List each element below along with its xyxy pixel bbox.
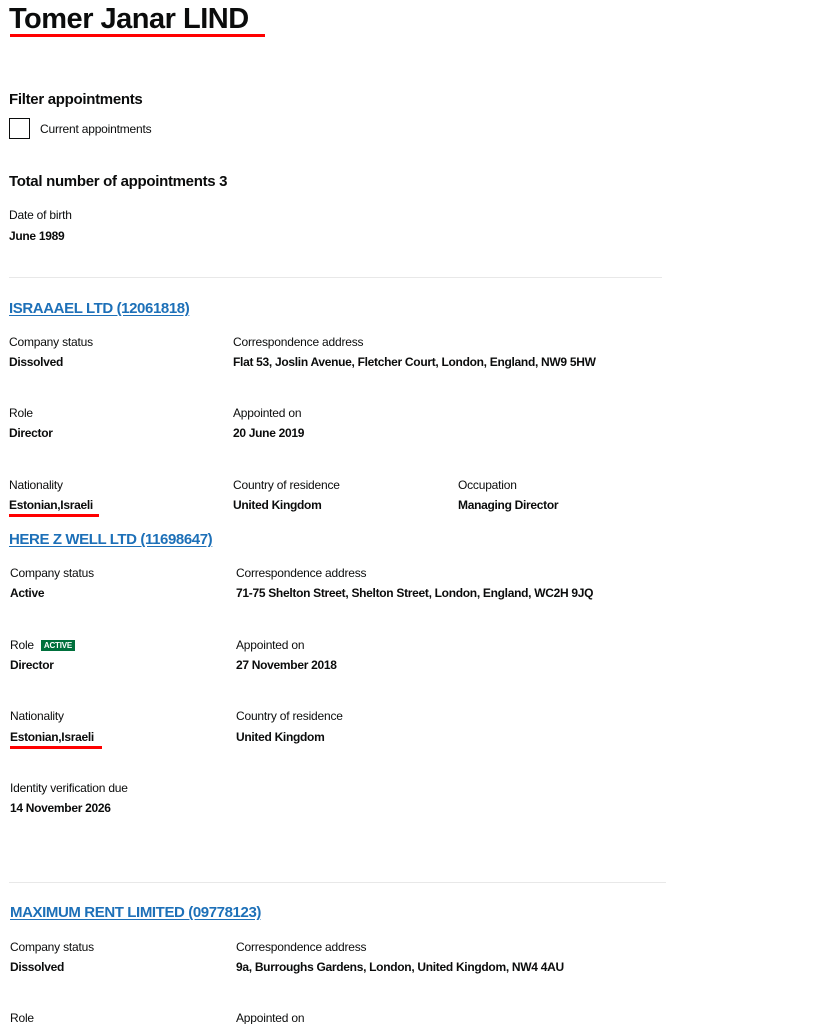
role-value: Director — [10, 658, 54, 672]
appointed-on-label: Appointed on — [236, 1011, 304, 1024]
dob-label: Date of birth — [9, 208, 72, 222]
role-label: Role — [9, 406, 33, 420]
nationality-value: Estonian,Israeli — [9, 498, 93, 512]
officer-name-title: Tomer Janar LIND — [9, 2, 249, 36]
country-of-residence-label: Country of residence — [233, 478, 340, 492]
total-appointments-heading: Total number of appointments 3 — [9, 173, 227, 190]
nationality-annotation-underline — [9, 514, 99, 517]
identity-verification-due-label: Identity verification due — [10, 781, 128, 795]
appointed-on-value: 27 November 2018 — [236, 658, 337, 672]
occupation-label: Occupation — [458, 478, 517, 492]
nationality-annotation-underline — [10, 746, 102, 749]
role-value: Director — [9, 426, 53, 440]
appointed-on-label: Appointed on — [233, 406, 301, 420]
country-of-residence-value: United Kingdom — [236, 730, 324, 744]
identity-verification-due-value: 14 November 2026 — [10, 801, 111, 815]
correspondence-address-value: 71-75 Shelton Street, Shelton Street, Lo… — [236, 586, 593, 600]
correspondence-address-label: Correspondence address — [233, 335, 363, 349]
company-link-israaael[interactable]: ISRAAAEL LTD (12061818) — [9, 300, 189, 317]
occupation-value: Managing Director — [458, 498, 558, 512]
divider — [9, 882, 666, 883]
company-link-maximum-rent[interactable]: MAXIMUM RENT LIMITED (09778123) — [10, 904, 261, 921]
correspondence-address-label: Correspondence address — [236, 566, 366, 580]
nationality-label: Nationality — [9, 478, 63, 492]
appointed-on-value: 20 June 2019 — [233, 426, 304, 440]
active-status-badge: ACTIVE — [41, 640, 75, 651]
role-label: RoleACTIVE — [10, 638, 75, 652]
correspondence-address-value: Flat 53, Joslin Avenue, Fletcher Court, … — [233, 355, 596, 369]
current-appointments-label[interactable]: Current appointments — [40, 122, 151, 136]
company-status-value: Active — [10, 586, 44, 600]
nationality-label: Nationality — [10, 709, 64, 723]
divider — [9, 277, 662, 278]
current-appointments-checkbox[interactable] — [9, 118, 30, 139]
correspondence-address-value: 9a, Burroughs Gardens, London, United Ki… — [236, 960, 564, 974]
country-of-residence-label: Country of residence — [236, 709, 343, 723]
dob-value: June 1989 — [9, 229, 64, 243]
country-of-residence-value: United Kingdom — [233, 498, 321, 512]
role-label: Role — [10, 1011, 34, 1024]
nationality-value: Estonian,Israeli — [10, 730, 94, 744]
correspondence-address-label: Correspondence address — [236, 940, 366, 954]
company-link-here-z-well[interactable]: HERE Z WELL LTD (11698647) — [9, 531, 212, 548]
company-status-value: Dissolved — [10, 960, 64, 974]
filter-heading: Filter appointments — [9, 91, 142, 108]
company-status-label: Company status — [10, 566, 94, 580]
role-label-text: Role — [10, 638, 34, 652]
company-status-value: Dissolved — [9, 355, 63, 369]
title-annotation-underline — [10, 34, 265, 37]
appointed-on-label: Appointed on — [236, 638, 304, 652]
company-status-label: Company status — [10, 940, 94, 954]
company-status-label: Company status — [9, 335, 93, 349]
current-appointments-filter[interactable]: Current appointments — [9, 118, 151, 139]
